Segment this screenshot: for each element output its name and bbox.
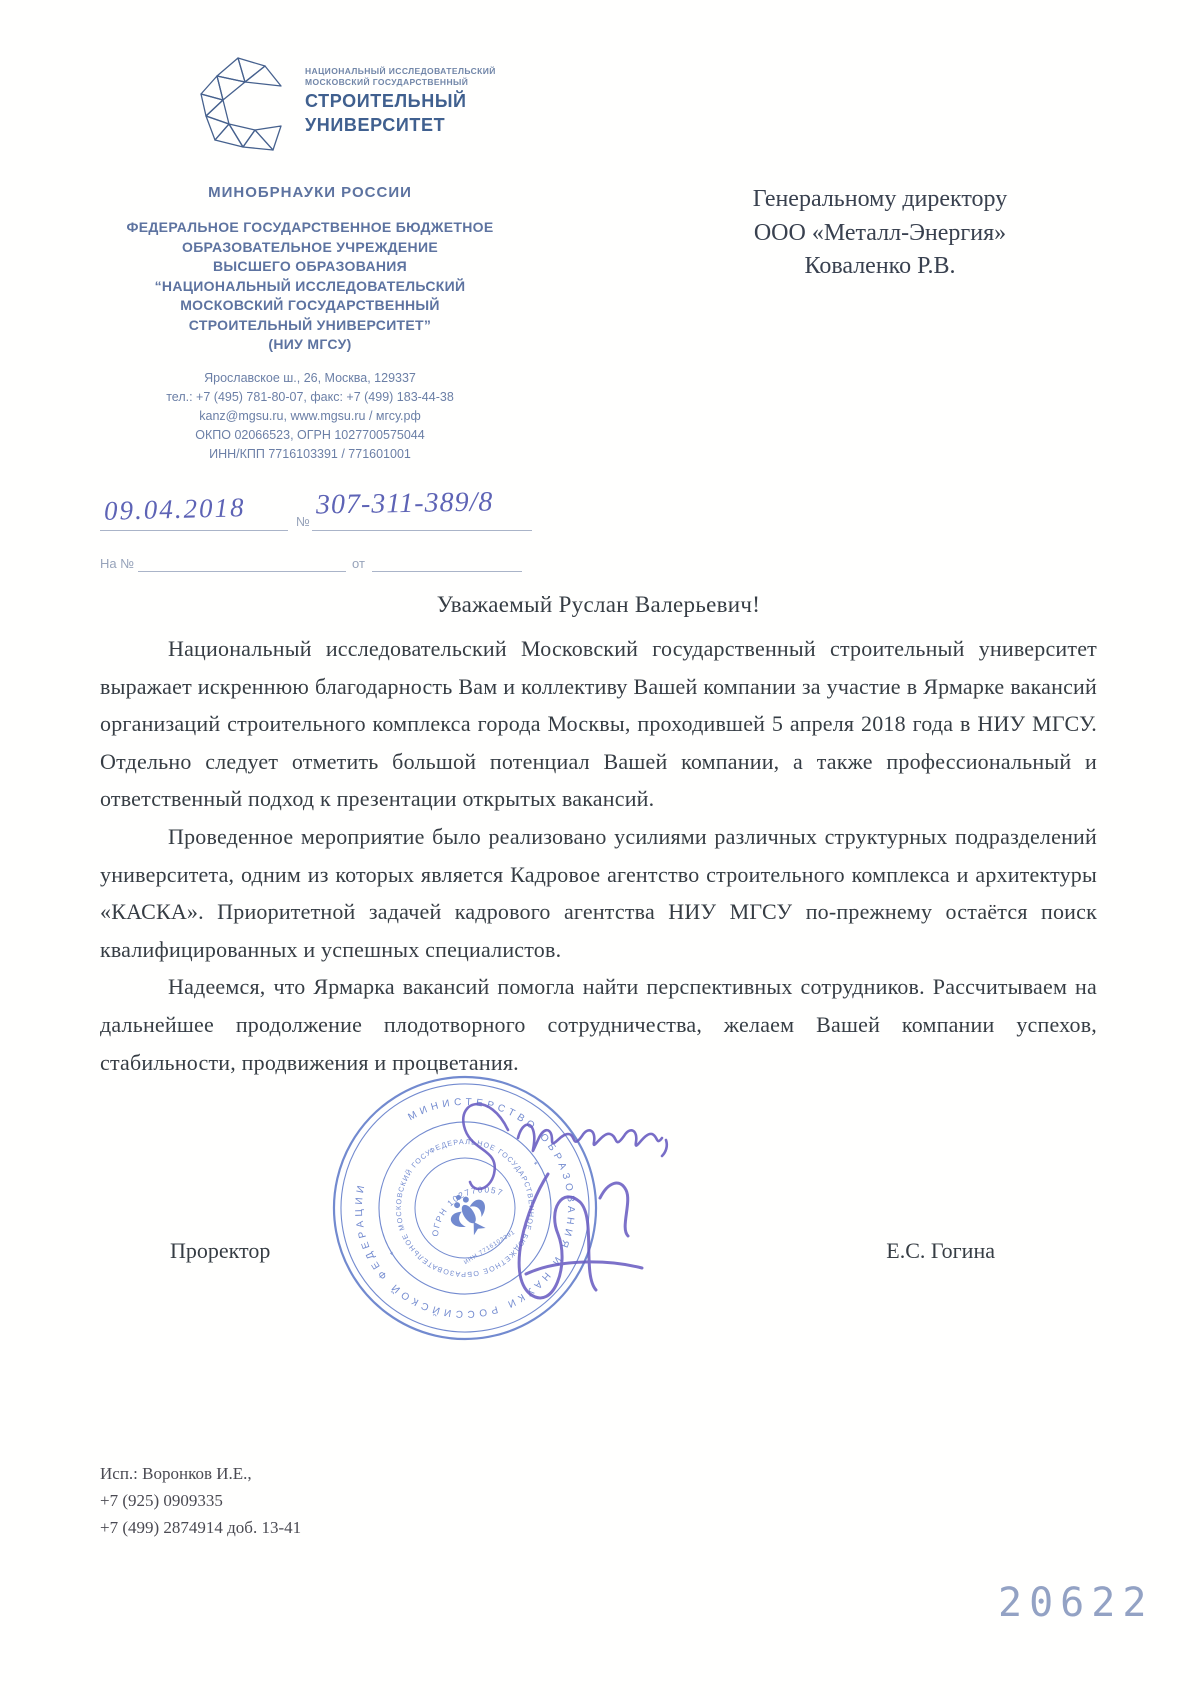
- org-name-line: СТРОИТЕЛЬНЫЙ УНИВЕРСИТЕТ”: [75, 316, 545, 336]
- recipient-block: Генеральному директору ООО «Металл-Энерг…: [660, 183, 1100, 284]
- closing-flourish-ink: [463, 1104, 667, 1189]
- date-underline: [100, 530, 288, 531]
- reference-row: 09.04.2018 № 307-311-389/8: [100, 492, 540, 538]
- scanned-letter-page: НАЦИОНАЛЬНЫЙ ИССЛЕДОВАТЕЛЬСКИЙ МОСКОВСКИ…: [0, 0, 1200, 1696]
- signature-scribble-ink: [519, 1174, 642, 1298]
- org-abbrev-line: (НИУ МГСУ): [75, 335, 545, 355]
- recipient-company: ООО «Металл-Энергия»: [660, 217, 1100, 251]
- phone-line: тел.: +7 (495) 781-80-07, факс: +7 (499)…: [75, 388, 545, 407]
- logo-small-line: МОСКОВСКИЙ ГОСУДАРСТВЕННЫЙ: [305, 77, 496, 88]
- contact-block: Ярославское ш., 26, Москва, 129337 тел.:…: [75, 369, 545, 464]
- ministry-line: МИНОБРНАУКИ РОССИИ: [75, 184, 545, 201]
- registration-number-stamp: 20622: [998, 1580, 1153, 1626]
- reply-from-label: от: [352, 556, 365, 571]
- letterhead-block: МИНОБРНАУКИ РОССИИ ФЕДЕРАЛЬНОЕ ГОСУДАРСТ…: [75, 184, 545, 464]
- email-web-line: kanz@mgsu.ru, www.mgsu.ru / мгсу.рф: [75, 407, 545, 426]
- logo-wordmark: НАЦИОНАЛЬНЫЙ ИССЛЕДОВАТЕЛЬСКИЙ МОСКОВСКИ…: [305, 66, 496, 135]
- org-name-line: ВЫСШЕГО ОБРАЗОВАНИЯ: [75, 257, 545, 277]
- body-paragraph: Национальный исследовательский Московски…: [100, 630, 1097, 818]
- signatory-position: Проректор: [170, 1238, 270, 1264]
- address-line: Ярославское ш., 26, Москва, 129337: [75, 369, 545, 388]
- executor-name: Исп.: Воронков И.Е.,: [100, 1460, 301, 1487]
- okpo-ogrn-line: ОКПО 02066523, ОГРН 1027700575044: [75, 426, 545, 445]
- reply-reference-row: На № от: [100, 552, 520, 576]
- recipient-position: Генеральному директору: [660, 183, 1100, 217]
- university-logo: НАЦИОНАЛЬНЫЙ ИССЛЕДОВАТЕЛЬСКИЙ МОСКОВСКИ…: [193, 52, 496, 164]
- executor-block: Исп.: Воронков И.Е., +7 (925) 0909335 +7…: [100, 1460, 301, 1541]
- logo-big-line: УНИВЕРСИТЕТ: [305, 115, 496, 135]
- executor-phone-1: +7 (925) 0909335: [100, 1487, 301, 1514]
- body-paragraph: Надеемся, что Ярмарка вакансий помогла н…: [100, 968, 1097, 1081]
- org-name-line: МОСКОВСКИЙ ГОСУДАРСТВЕННЫЙ: [75, 296, 545, 316]
- handwritten-signature: [430, 1078, 760, 1338]
- reply-label: На №: [100, 556, 134, 571]
- number-label: №: [296, 514, 310, 529]
- reply-number-underline: [138, 571, 346, 572]
- logo-big-line: СТРОИТЕЛЬНЫЙ: [305, 91, 496, 111]
- body-paragraph: Проведенное мероприятие было реализовано…: [100, 818, 1097, 968]
- logo-small-line: НАЦИОНАЛЬНЫЙ ИССЛЕДОВАТЕЛЬСКИЙ: [305, 66, 496, 77]
- number-underline: [312, 530, 532, 531]
- letter-body: Уважаемый Руслан Валерьевич! Национальны…: [100, 592, 1097, 1081]
- inn-kpp-line: ИНН/КПП 7716103391 / 771601001: [75, 445, 545, 464]
- org-name-line: ОБРАЗОВАТЕЛЬНОЕ УЧРЕЖДЕНИЕ: [75, 238, 545, 258]
- seal-star-left: *: [388, 1249, 397, 1260]
- org-name-line: “НАЦИОНАЛЬНЫЙ ИССЛЕДОВАТЕЛЬСКИЙ: [75, 277, 545, 297]
- faceted-c-logo-icon: [193, 52, 293, 164]
- reply-date-underline: [372, 571, 522, 572]
- handwritten-number: 307-311-389/8: [316, 486, 494, 521]
- recipient-name: Коваленко Р.В.: [660, 250, 1100, 284]
- executor-phone-2: +7 (499) 2874914 доб. 13-41: [100, 1514, 301, 1541]
- handwritten-date: 09.04.2018: [104, 492, 246, 527]
- salutation: Уважаемый Руслан Валерьевич!: [100, 592, 1097, 618]
- org-name-line: ФЕДЕРАЛЬНОЕ ГОСУДАРСТВЕННОЕ БЮДЖЕТНОЕ: [75, 218, 545, 238]
- signatory-name: Е.С. Гогина: [845, 1238, 995, 1264]
